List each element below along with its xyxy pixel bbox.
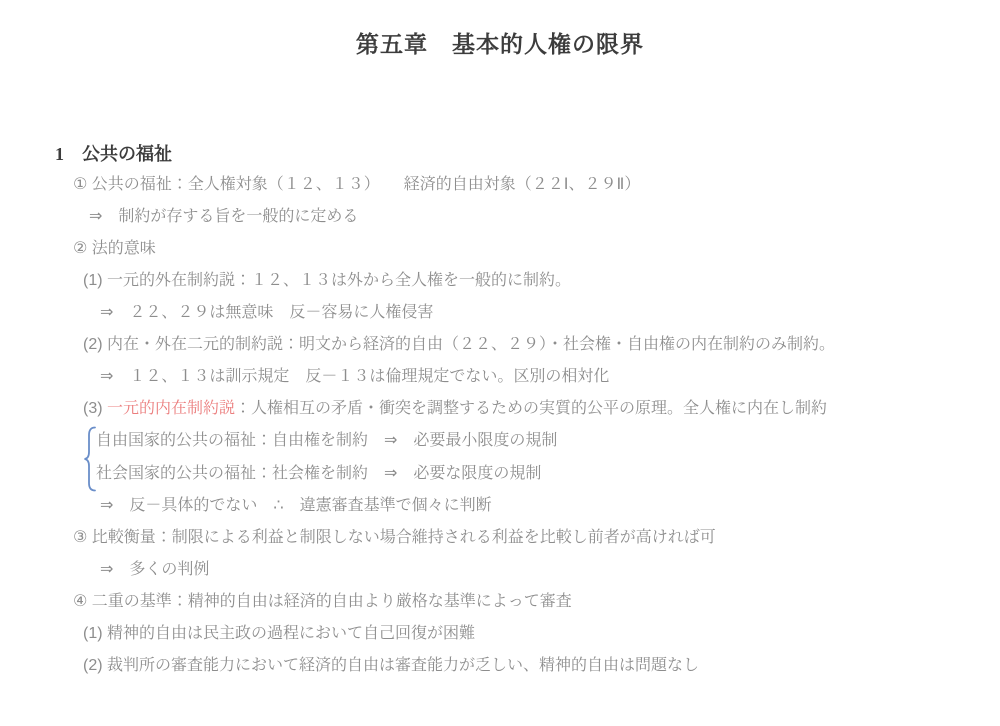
doc-line-item-2: ② 法的意味 <box>73 237 156 261</box>
doc-line-sub-1b: (1) 精神的自由は民主政の過程において自己回復が困難 <box>83 622 475 646</box>
doc-line-item-4: ④ 二重の基準：精神的自由は経済的自由より厳格な基準によって審査 <box>73 590 572 614</box>
doc-line-arrow: ⇒ 反－具体的でない ∴ 違憲審査基準で個々に判断 <box>100 494 492 518</box>
doc-line-arrow: ⇒ １２、１３は訓示規定 反－１３は倫理規定でない。区別の相対化 <box>100 365 609 389</box>
section-heading: 1 公共の福祉 <box>55 140 172 166</box>
doc-line-arrow: ⇒ 多くの判例 <box>100 558 209 582</box>
doc-line-item-3: ③ 比較衡量：制限による利益と制限しない場合維持される利益を比較し前者が高ければ… <box>73 526 716 550</box>
doc-line-brace-1: 自由国家的公共の福祉：自由権を制約 ⇒ 必要最小限度の規制 <box>96 429 557 453</box>
doc-line-item-1: ① 公共の福祉：全人権対象（１２、１３） 経済的自由対象（２２Ⅰ、２９Ⅱ） <box>73 173 640 197</box>
curly-brace-icon <box>83 426 97 492</box>
doc-line-brace-2: 社会国家的公共の福祉：社会権を制約 ⇒ 必要な限度の規制 <box>96 462 541 486</box>
doc-line-prefix: (3) <box>83 400 107 417</box>
doc-line-sub-3: (3) 一元的内在制約説：人権相互の矛盾・衝突を調整するための実質的公平の原理。… <box>83 397 827 421</box>
doc-line-rest: ：人権相互の矛盾・衝突を調整するための実質的公平の原理。全人権に内在し制約 <box>235 400 827 417</box>
doc-line-arrow: ⇒ ２２、２９は無意味 反－容易に人権侵害 <box>100 301 433 325</box>
document-page: 第五章 基本的人権の限界 1 公共の福祉 ① 公共の福祉：全人権対象（１２、１３… <box>0 0 1000 726</box>
doc-line-sub-2b: (2) 裁判所の審査能力において経済的自由は審査能力が乏しい、精神的自由は問題な… <box>83 654 699 678</box>
doc-line-arrow: ⇒ 制約が存する旨を一般的に定める <box>89 205 358 229</box>
doc-line-sub-2: (2) 内在・外在二元的制約説：明文から経済的自由（２２、２９）・社会権・自由権… <box>83 333 835 357</box>
highlighted-term: 一元的内在制約説 <box>107 400 235 417</box>
doc-line-sub-1: (1) 一元的外在制約説：１２、１３は外から全人権を一般的に制約。 <box>83 269 571 293</box>
chapter-title: 第五章 基本的人権の限界 <box>0 26 1000 59</box>
